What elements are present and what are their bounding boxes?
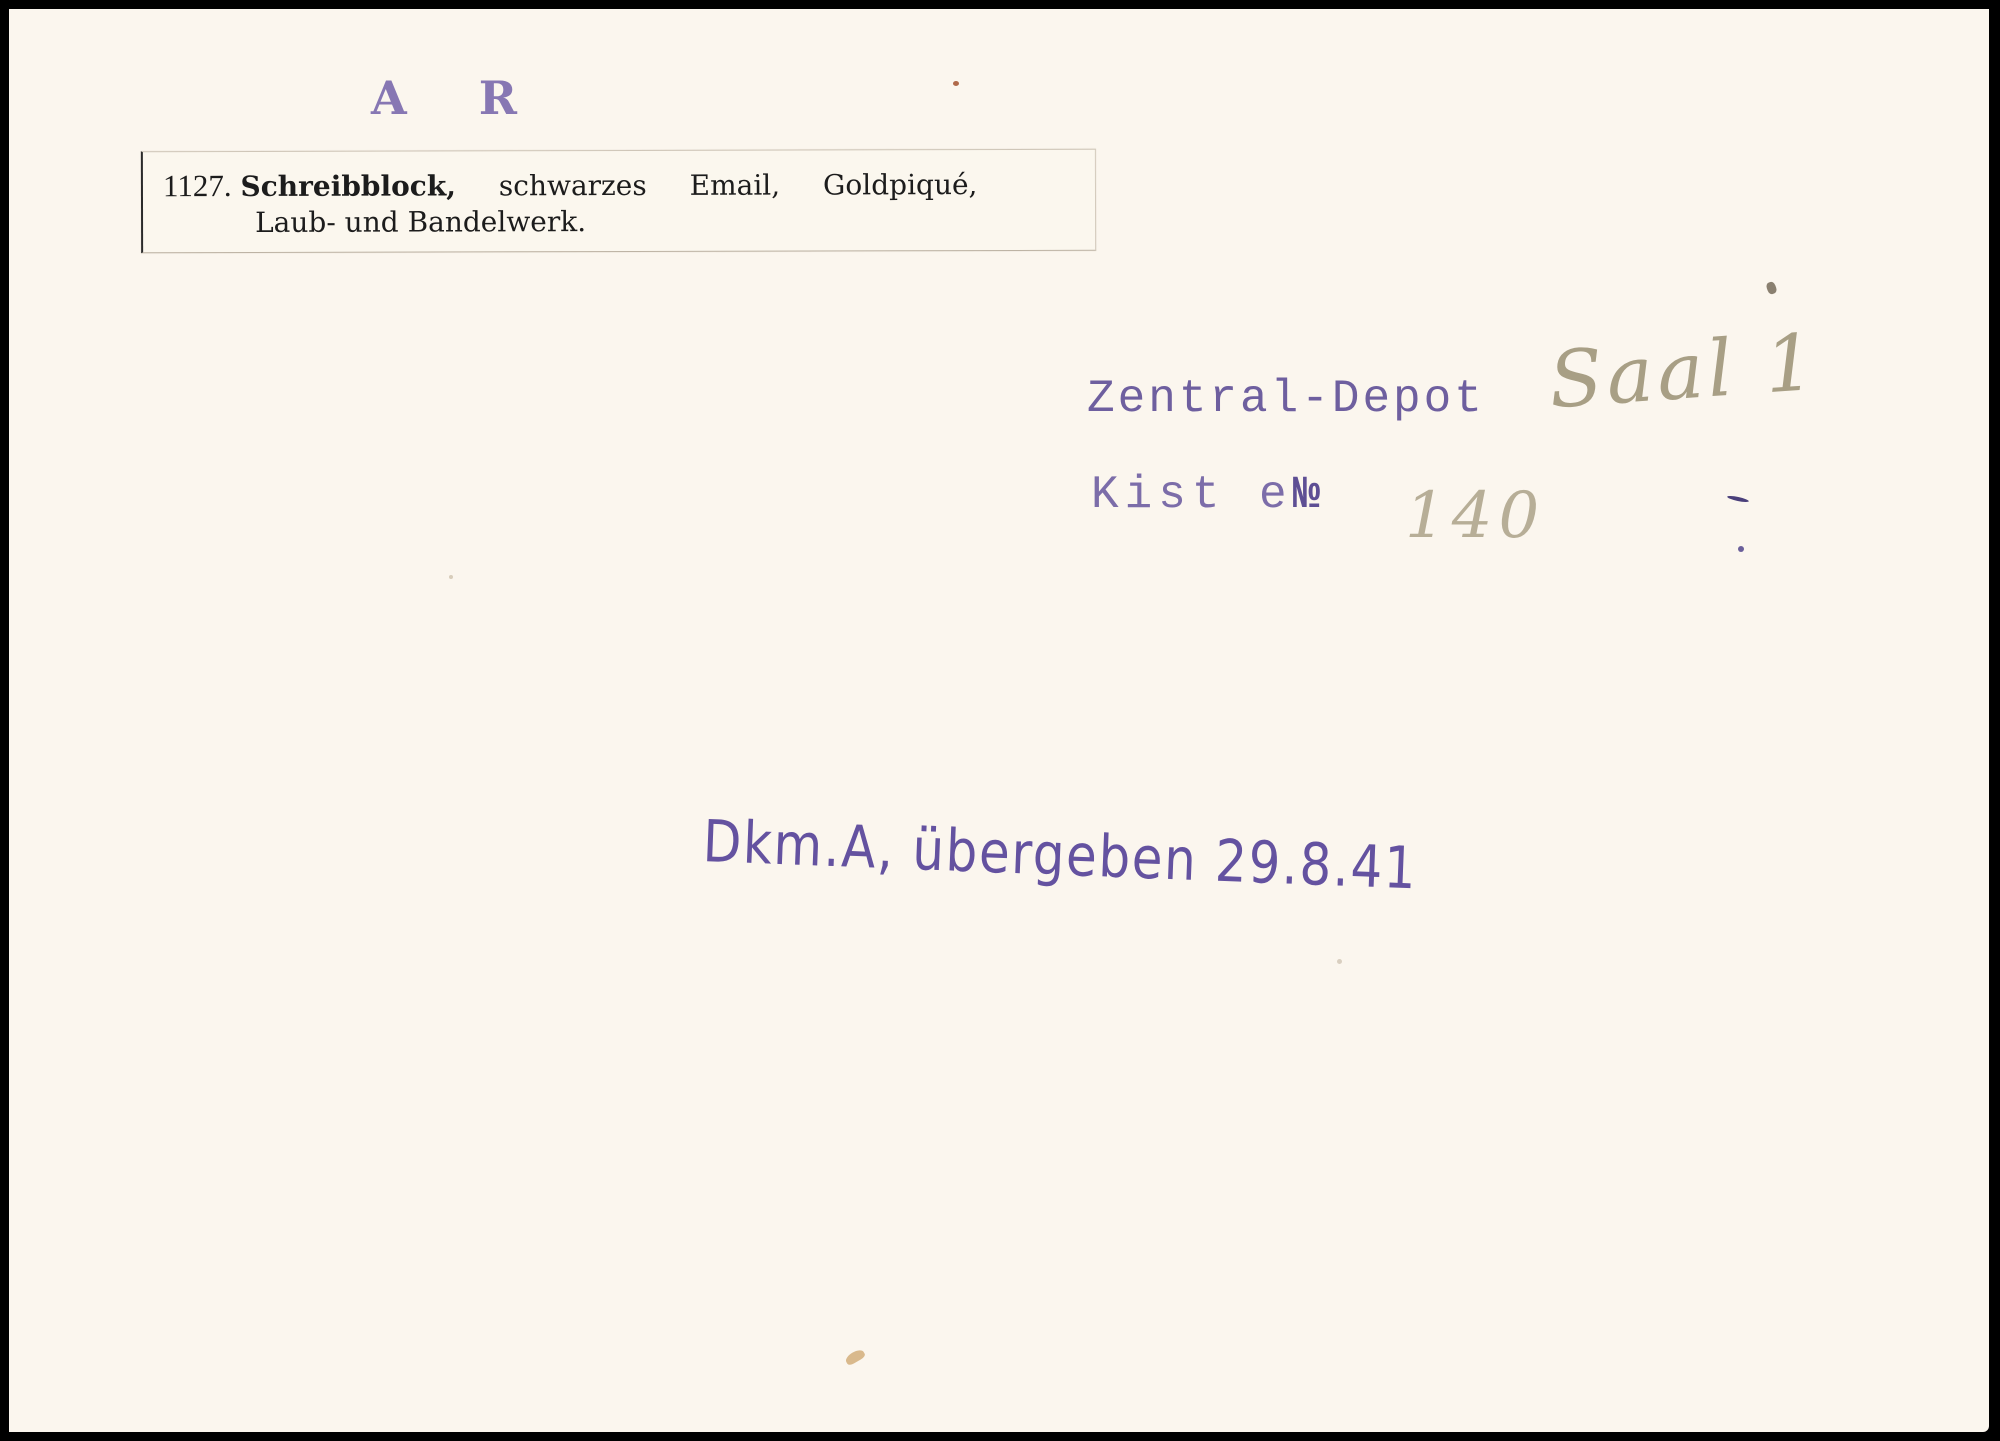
- ink-speck: [1738, 546, 1744, 552]
- catalog-number: 1127.: [163, 168, 232, 203]
- crate-label: Kist e: [1091, 469, 1293, 521]
- transfer-stamp: Dkm.A, übergeben 29.8.41: [702, 807, 1419, 902]
- depot-stamp-line-1: Zentral-Depot: [1087, 373, 1485, 425]
- pencil-mark: [1765, 281, 1778, 295]
- depot-stamp-line-2: Kist e№: [1091, 469, 1320, 521]
- number-sign: №: [1293, 469, 1321, 521]
- ink-speck: [953, 81, 959, 86]
- handwritten-crate-number: 140: [1405, 479, 1545, 553]
- handwritten-room: Saal 1: [1546, 318, 1821, 427]
- printed-label-slip: 1127. Schreibblock, schwarzes Email, Gol…: [141, 149, 1096, 253]
- label-word: schwarzes: [499, 169, 647, 202]
- paper-speck: [1337, 959, 1342, 964]
- archive-card: A R 1127. Schreibblock, schwarzes Email,…: [9, 9, 1989, 1432]
- paper-stain: [844, 1348, 866, 1367]
- item-title: Schreibblock,: [240, 169, 456, 203]
- label-word: Email,: [690, 169, 781, 202]
- initials-stamp: A R: [371, 71, 545, 125]
- ink-speck: [1727, 495, 1749, 503]
- label-line-1: 1127. Schreibblock, schwarzes Email, Gol…: [163, 166, 978, 204]
- label-word: Goldpiqué,: [823, 168, 978, 201]
- paper-speck: [449, 575, 453, 579]
- label-line-2: Laub- und Bandelwerk.: [255, 205, 586, 239]
